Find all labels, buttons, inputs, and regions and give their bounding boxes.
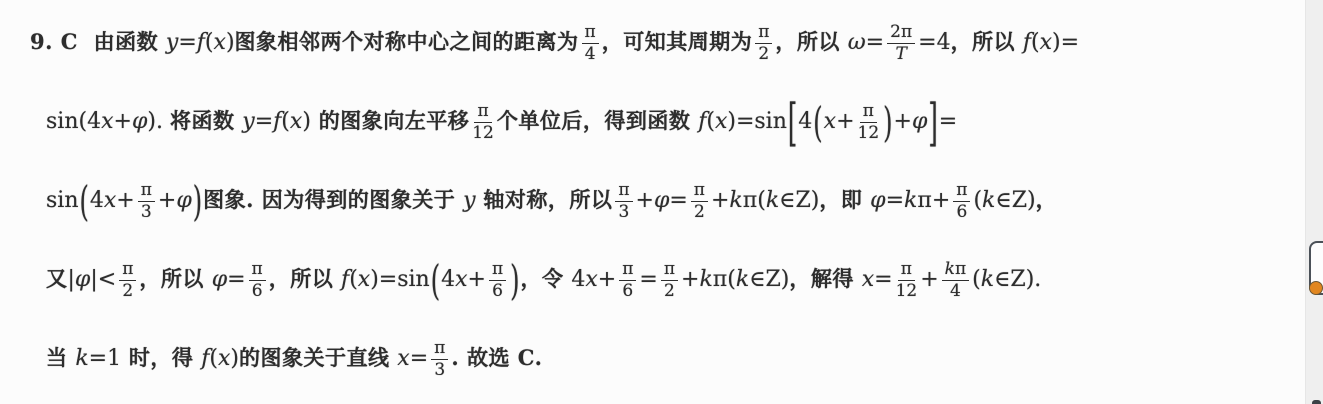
text-run: ，即 (819, 187, 870, 212)
big-delimiter: ) (510, 257, 519, 305)
math-fraction: π6 (249, 260, 266, 301)
corner-mark (1312, 400, 1321, 404)
text-run: ，所以 (139, 266, 211, 291)
text-run: 将函数 (170, 108, 242, 133)
math-run: 4x+ (571, 267, 616, 292)
math-run: x= (397, 346, 428, 371)
math-run: +kπ(k∈Z) (681, 267, 789, 292)
text-run: 轴对称，所以 (476, 187, 613, 212)
math-run: x= (862, 267, 893, 292)
math-run: +φ (158, 188, 192, 213)
math-run: f(x)= (1023, 30, 1079, 55)
text-run: 图象相邻两个对称中心之间的距离为 (235, 29, 579, 54)
math-run: sin(4x+φ). (46, 109, 170, 134)
solution-line: sin(4x+π3+φ)图象. 因为得到的图象关于 y 轴对称，所以π3+φ=π… (30, 160, 1283, 239)
slider-handle-dot-icon[interactable] (1309, 281, 1323, 295)
text-run: 当 (46, 345, 75, 370)
math-run: y (463, 188, 475, 213)
math-run: f(x)=sin (341, 267, 430, 292)
math-fraction: π2 (661, 260, 678, 301)
text-run: 的图象关于直线 (239, 345, 397, 370)
math-run: f(x) (201, 346, 239, 371)
big-delimiter: ) (883, 99, 892, 147)
math-run: 4x+ (441, 267, 486, 292)
math-fraction: π12 (896, 260, 918, 301)
math-run: k=1 (75, 346, 121, 371)
math-fraction: π4 (582, 23, 599, 64)
text-run: 个单位后，得到函数 (497, 108, 698, 133)
math-fraction: π2 (691, 181, 708, 222)
math-fraction: π2 (119, 260, 136, 301)
math-fraction: π3 (138, 181, 155, 222)
math-fraction: π12 (472, 102, 494, 143)
text-run: ，令 (521, 266, 572, 291)
big-delimiter: ( (431, 257, 440, 305)
math-fraction: π6 (489, 260, 506, 301)
solution-line: 当 k=1 时，得 f(x)的图象关于直线 x=π3. 故选 C. (30, 318, 1283, 397)
solution-line: sin(4x+φ). 将函数 y=f(x) 的图象向左平移π12个单位后，得到函… (30, 81, 1283, 160)
right-margin-strip (1305, 0, 1323, 404)
math-run: f(x)=sin (698, 109, 787, 134)
text-run: ， (1036, 187, 1058, 212)
math-run: = (939, 109, 957, 134)
math-fraction: π2 (755, 23, 772, 64)
math-fraction: π12 (858, 102, 880, 143)
math-fraction: π3 (431, 339, 448, 380)
math-fraction: 2πT (887, 23, 915, 64)
math-run: |φ|< (68, 267, 117, 292)
math-fraction: π3 (615, 181, 632, 222)
math-fraction: kπ4 (942, 260, 970, 301)
math-run: ω= (848, 30, 884, 55)
math-fraction: π6 (619, 260, 636, 301)
math-run: +kπ(k∈Z) (711, 188, 819, 213)
math-run: x+ (824, 109, 855, 134)
text-run: 图象. 因为得到的图象关于 (203, 187, 463, 212)
math-run: (k∈Z). (972, 267, 1041, 292)
math-run: =4 (918, 30, 950, 55)
text-run: ，所以 (951, 29, 1023, 54)
text-run: ，所以 (269, 266, 341, 291)
math-run: φ=kπ+ (870, 188, 950, 213)
text-run: . 故选 C. (451, 345, 542, 370)
big-delimiter: ( (80, 178, 89, 226)
math-run: + (920, 267, 938, 292)
math-run: 4 (798, 109, 812, 134)
math-run: y=f(x) (242, 109, 311, 134)
math-run: (k∈Z) (973, 188, 1035, 213)
big-delimiter: ) (193, 178, 202, 226)
solution-text: 9. C 由函数 y=f(x)图象相邻两个对称中心之间的距离为π4，可知其周期为… (30, 2, 1283, 397)
text-run: ，可知其周期为 (602, 29, 753, 54)
text-run: 又 (46, 266, 68, 291)
math-run: +φ= (636, 188, 688, 213)
big-delimiter: ] (928, 93, 937, 152)
text-run: ，解得 (789, 266, 861, 291)
text-run: 时，得 (121, 345, 201, 370)
text-run: 的图象向左平移 (311, 108, 469, 133)
big-delimiter: [ (788, 93, 797, 152)
text-run: ，所以 (775, 29, 847, 54)
text-run: 9. C (30, 29, 78, 54)
solution-line: 9. C 由函数 y=f(x)图象相邻两个对称中心之间的距离为π4，可知其周期为… (30, 2, 1283, 81)
math-run: sin (46, 188, 79, 213)
math-fraction: π6 (953, 181, 970, 222)
math-run: φ= (212, 267, 246, 292)
text-run: 由函数 (78, 29, 166, 54)
math-run: y=f(x) (166, 30, 235, 55)
math-run: 4x+ (90, 188, 135, 213)
solution-line: 又|φ|<π2，所以 φ=π6，所以 f(x)=sin(4x+π6)，令 4x+… (30, 239, 1283, 318)
math-run: +φ (894, 109, 928, 134)
big-delimiter: ( (813, 99, 822, 147)
document-page: 9. C 由函数 y=f(x)图象相邻两个对称中心之间的距离为π4，可知其周期为… (0, 0, 1323, 404)
math-run: = (639, 267, 657, 292)
